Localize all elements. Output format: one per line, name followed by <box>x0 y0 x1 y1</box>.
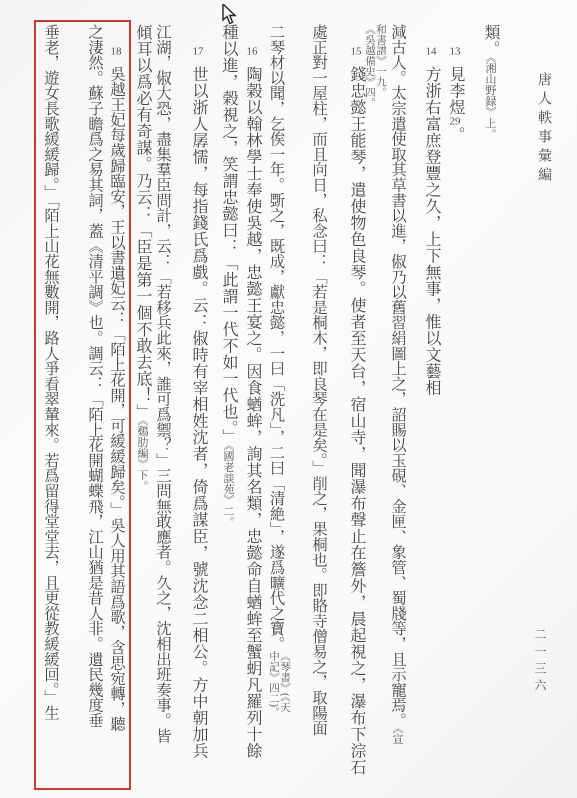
citation-mini-column: 《琴書》(《天 <box>279 651 290 718</box>
text-column-entry18-col2: 之淒然。蘇子瞻爲之易其詞，蓋《清平調》也。調云：「陌上花開蝴蝶飛，江山猶是昔人非… <box>84 24 104 728</box>
body-text: 方浙右富庶登豐之久，上下無事，惟以文藝相 <box>423 66 440 396</box>
item-number: 13 <box>449 46 461 57</box>
body-text: 二琴材以聞，乞俟一年。斲之，既成，獻忠懿，一曰「洗凡」，二曰「清絶」，遂爲曠代之… <box>267 24 284 651</box>
text-column-entry15-col1: 15錢忠懿王能琴，遣使物色良琴。使者至天台，宿山寺，聞瀑布聲止在簷外，晨起視之，… <box>346 46 366 776</box>
text-column-entry14-col2: 減古人。太宗遣使取其草書以進，俶乃以舊習絹圖上之，詔賜以玉硯、金匣、象管、蜀牋等… <box>387 24 407 744</box>
body-text: 見李煜 <box>447 66 464 116</box>
text-column-entry13: 13見李煜29。 <box>445 46 465 143</box>
page-number: 二一三六 <box>532 628 549 696</box>
text-column-entry17-col2: 江湖，俶大恐，盡集羣臣問計，云：「若移兵此來，誰可爲禦？」三問無敢應者。久之，沈… <box>152 24 172 743</box>
text-column-entry18-col1: 18吳越王妃每歲歸臨安，王以書遺妃云：「陌上花開，可緩緩歸矣。」吳人用其語爲歌，… <box>106 46 126 732</box>
body-text: 種以進，榖視之，笑謂忠懿曰：「此謂一代不如一代也。」 <box>220 24 237 445</box>
mouse-cursor-icon <box>222 4 240 26</box>
citation-mini-column: 和書譜》一九。 <box>375 24 386 108</box>
running-title: 唐人軼事彙編 <box>533 72 553 186</box>
item-number: 17 <box>192 46 204 57</box>
text-column-entry16-col1: 16陶榖以翰林學士奉使吳越，忠懿王宴之。因食蝤蛑，詢其名類，忠懿命自蝤蛑至蟹蚏凡… <box>242 46 262 759</box>
body-text: 陶榖以翰林學士奉使吳越，忠懿王宴之。因食蝤蛑，詢其名類，忠懿命自蝤蛑至蟹蚏凡羅列… <box>244 66 261 759</box>
text-column-entry12-end: 類。《湘山野録》上。 <box>480 24 500 140</box>
body-text: 處正對一屋柱，而且向日，私念曰：「若是桐木，即良琴在是矣。」削之，果桐也。即賂寺… <box>310 24 327 735</box>
citation: 《宣 <box>391 728 403 745</box>
text-column-entry18-col3: 垂老，遊女長歌緩緩歸。」「陌上山花無數開，路人爭看翠輦來。若爲留得堂堂去，且更從… <box>40 24 60 720</box>
citation-double-column: 《琴書》(《天中記》四二)。 <box>268 651 290 718</box>
text-column-entry15-col3: 二琴材以聞，乞俟一年。斲之，既成，獻忠懿，一曰「洗凡」，二曰「清絶」，遂爲曠代之… <box>265 24 290 718</box>
text-column-entry17-col1: 17世以浙人孱懦，每指錢氏爲戲。云：俶時有宰相姓沈者，倚爲謀臣，號沈念二相公。方… <box>188 46 208 759</box>
item-number: 14 <box>425 46 437 57</box>
scanned-book-page: 類。《湘山野録》上。13見李煜29。14方浙右富庶登豐之久，上下無事，惟以文藝相… <box>0 0 577 798</box>
body-text: 傾耳以爲必有奇謀。乃云：「臣是第一個不敢去底！」 <box>134 24 151 420</box>
citation-double-column: 和書譜》一九。《吳越備史》四。 <box>364 24 386 108</box>
citation-mini-column: 中記》四二)。 <box>268 651 279 718</box>
body-text: 世以浙人孱懦，每指錢氏爲戲。云：俶時有宰相姓沈者，倚爲謀臣，號沈念二相公。方中朝… <box>190 66 207 759</box>
item-number: 16 <box>246 46 258 57</box>
body-text: 錢忠懿王能琴，遣使物色良琴。使者至天台，宿山寺，聞瀑布聲止在簷外，晨起視之，瀑布… <box>348 66 365 776</box>
item-number: 18 <box>110 46 122 57</box>
text-column-entry16-col2: 種以進，榖視之，笑謂忠懿曰：「此謂一代不如一代也。」《國老談苑》二。 <box>218 24 238 528</box>
body-text: 之淒然。蘇子瞻爲之易其詞，蓋《清平調》也。調云：「陌上花開蝴蝶飛，江山猶是昔人非… <box>86 24 103 728</box>
body-text: 江湖，俶大恐，盡集羣臣問計，云：「若移兵此來，誰可爲禦？」三問無敢應者。久之，沈… <box>154 24 171 743</box>
text-column-entry14-col1: 14方浙右富庶登豐之久，上下無事，惟以文藝相 <box>421 46 441 396</box>
citation: 《湘山野録》上。 <box>484 57 496 140</box>
item-number: 29 <box>449 116 461 127</box>
citation: 《鷄肋編》下。 <box>136 420 148 492</box>
body-text: 類。 <box>482 24 499 57</box>
body-text: 減古人。太宗遣使取其草書以進，俶乃以舊習絹圖上之，詔賜以玉硯、金匣、象管、蜀牋等… <box>389 24 406 728</box>
body-text: 吳越王妃每歲歸臨安，王以書遺妃云：「陌上花開，可緩緩歸矣。」吳人用其語爲歌，含思… <box>108 66 125 732</box>
text-column-entry15-col2: 處正對一屋柱，而且向日，私念曰：「若是桐木，即良琴在是矣。」削之，果桐也。即賂寺… <box>308 24 328 735</box>
text-column-entry17-col3: 傾耳以爲必有奇謀。乃云：「臣是第一個不敢去底！」《鷄肋編》下。 <box>132 24 152 492</box>
item-number: 15 <box>350 46 362 57</box>
citation: 《國老談苑》二。 <box>222 445 234 528</box>
body-text: 。 <box>447 127 464 144</box>
body-text: 垂老，遊女長歌緩緩歸。」「陌上山花無數開，路人爭看翠輦來。若爲留得堂堂去，且更從… <box>42 24 59 720</box>
